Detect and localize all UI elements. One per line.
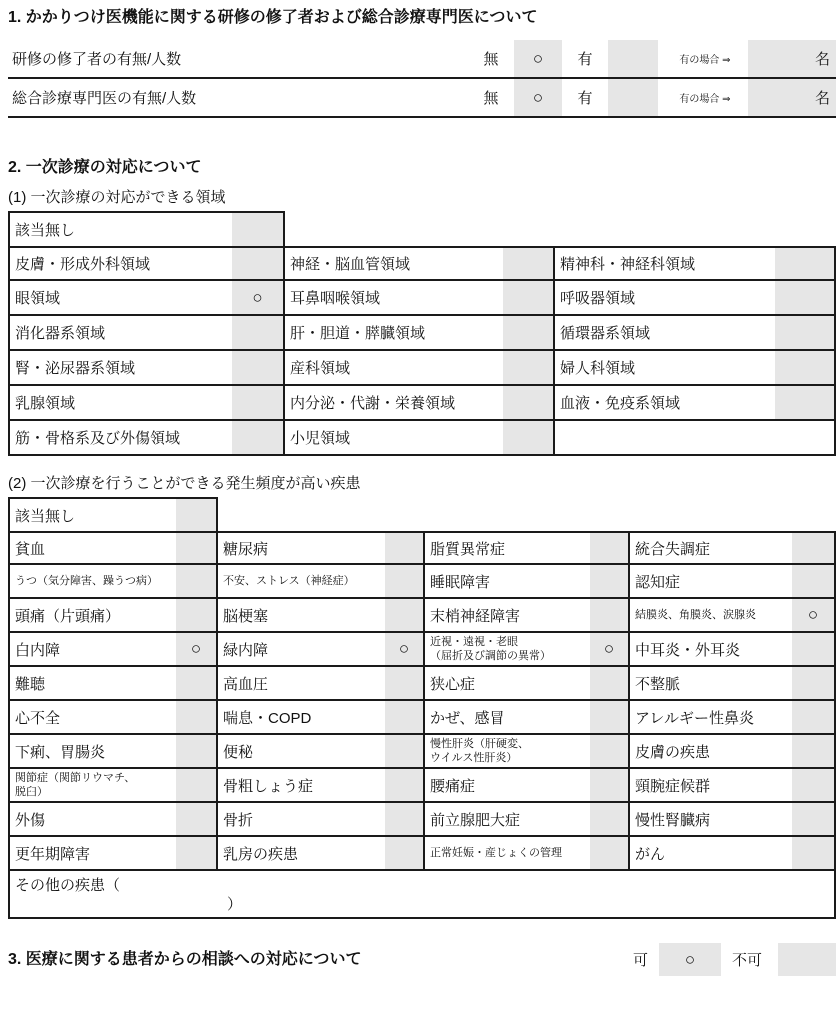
disease-mark-cell[interactable] bbox=[385, 599, 425, 633]
disease-mark-cell[interactable] bbox=[590, 531, 630, 565]
section1-title: 1. かかりつけ医機能に関する研修の修了者および総合診療専門医について bbox=[8, 8, 838, 28]
disease-label: 乳房の疾患 bbox=[218, 837, 385, 871]
ok-mark-cell[interactable]: ○ bbox=[659, 943, 721, 976]
area-mark-cell[interactable] bbox=[232, 421, 285, 456]
disease-mark-cell[interactable] bbox=[176, 803, 218, 837]
disease-label: かぜ、感冒 bbox=[425, 701, 590, 735]
disease-label: 不整脈 bbox=[630, 667, 792, 701]
area-label: 血液・免疫系領域 bbox=[555, 386, 775, 421]
section3-title: 3. 医療に関する患者からの相談への対応について bbox=[8, 950, 622, 970]
yes-mark-cell[interactable] bbox=[608, 40, 658, 77]
table-row-none: 該当無し bbox=[8, 497, 836, 531]
disease-label: 慢性肝炎（肝硬変、 ウイルス性肝炎） bbox=[425, 735, 590, 769]
disease-label: 白内障 bbox=[8, 633, 176, 667]
disease-mark-cell[interactable] bbox=[792, 803, 836, 837]
area-label: 小児領域 bbox=[285, 421, 503, 456]
disease-label: 骨粗しょう症 bbox=[218, 769, 385, 803]
disease-label: 高血圧 bbox=[218, 667, 385, 701]
section2a-title: (1) 一次診療の対応ができる領域 bbox=[8, 188, 838, 207]
row-label: 研修の修了者の有無/人数 bbox=[8, 40, 468, 77]
disease-mark-cell[interactable] bbox=[792, 565, 836, 599]
yes-mark-cell[interactable] bbox=[608, 79, 658, 116]
area-mark-cell[interactable] bbox=[503, 351, 555, 386]
area-label: 眼領域 bbox=[8, 281, 232, 316]
none-mark-cell[interactable] bbox=[176, 497, 218, 531]
form-page: 1. かかりつけ医機能に関する研修の修了者および総合診療専門医について 研修の修… bbox=[0, 0, 838, 976]
table-row: 乳腺領域 内分泌・代謝・栄養領域 血液・免疫系領域 bbox=[8, 386, 836, 421]
area-label: 腎・泌尿器系領域 bbox=[8, 351, 232, 386]
table-row: 更年期障害 乳房の疾患 正常妊娠・産じょくの管理 がん bbox=[8, 837, 836, 871]
disease-label: 結膜炎、角膜炎、涙腺炎 bbox=[630, 599, 792, 633]
area-mark-cell[interactable] bbox=[503, 386, 555, 421]
area-label: 肝・胆道・膵臓領域 bbox=[285, 316, 503, 351]
disease-mark-cell[interactable] bbox=[590, 565, 630, 599]
table-row-none: 該当無し bbox=[8, 211, 836, 246]
disease-label: アレルギー性鼻炎 bbox=[630, 701, 792, 735]
disease-label: がん bbox=[630, 837, 792, 871]
unit-label: 名 bbox=[815, 87, 830, 108]
ng-mark-cell[interactable] bbox=[778, 943, 836, 976]
disease-mark-cell[interactable] bbox=[385, 531, 425, 565]
case-note: 有の場合 ⇒ bbox=[672, 40, 738, 77]
count-input-cell[interactable]: 名 bbox=[748, 40, 836, 77]
disease-label: 前立腺肥大症 bbox=[425, 803, 590, 837]
disease-mark-cell[interactable]: ○ bbox=[385, 633, 425, 667]
spacer bbox=[658, 79, 672, 116]
disease-label: 更年期障害 bbox=[8, 837, 176, 871]
empty-area bbox=[285, 211, 836, 246]
row-label: 総合診療専門医の有無/人数 bbox=[8, 79, 468, 116]
no-mark-cell[interactable]: ○ bbox=[514, 79, 562, 116]
table-row: 総合診療専門医の有無/人数 無 ○ 有 有の場合 ⇒ 名 bbox=[8, 79, 836, 118]
empty-cell bbox=[555, 421, 836, 456]
area-mark-cell[interactable] bbox=[232, 386, 285, 421]
disease-mark-cell[interactable] bbox=[590, 667, 630, 701]
disease-label: 難聴 bbox=[8, 667, 176, 701]
disease-mark-cell[interactable] bbox=[792, 667, 836, 701]
area-mark-cell[interactable] bbox=[503, 316, 555, 351]
table-row: 下痢、胃腸炎 便秘 慢性肝炎（肝硬変、 ウイルス性肝炎） 皮膚の疾患 bbox=[8, 735, 836, 769]
spacer bbox=[658, 40, 672, 77]
disease-mark-cell[interactable] bbox=[176, 769, 218, 803]
spacer bbox=[738, 40, 748, 77]
disease-label: 下痢、胃腸炎 bbox=[8, 735, 176, 769]
disease-label: 慢性腎臓病 bbox=[630, 803, 792, 837]
area-mark-cell[interactable] bbox=[232, 351, 285, 386]
area-mark-cell[interactable] bbox=[775, 246, 836, 281]
area-label: 消化器系領域 bbox=[8, 316, 232, 351]
table-row: 腎・泌尿器系領域 産科領域 婦人科領域 bbox=[8, 351, 836, 386]
disease-mark-cell[interactable] bbox=[176, 565, 218, 599]
other-disease-close-paren: ） bbox=[15, 895, 830, 915]
disease-label: 糖尿病 bbox=[218, 531, 385, 565]
disease-mark-cell[interactable] bbox=[176, 531, 218, 565]
area-mark-cell[interactable] bbox=[503, 421, 555, 456]
disease-label: 末梢神経障害 bbox=[425, 599, 590, 633]
disease-mark-cell[interactable] bbox=[590, 769, 630, 803]
disease-mark-cell[interactable] bbox=[176, 667, 218, 701]
none-label: 該当無し bbox=[8, 497, 176, 531]
disease-label: 関節症（関節リウマチ、 脱臼） bbox=[8, 769, 176, 803]
area-mark-cell[interactable] bbox=[775, 386, 836, 421]
disease-label: 緑内障 bbox=[218, 633, 385, 667]
disease-mark-cell[interactable] bbox=[590, 701, 630, 735]
disease-label: 皮膚の疾患 bbox=[630, 735, 792, 769]
disease-label: 近視・遠視・老眼 （屈折及び調節の異常） bbox=[425, 633, 590, 667]
area-mark-cell[interactable] bbox=[775, 316, 836, 351]
other-disease-label: その他の疾患（ bbox=[15, 877, 120, 894]
area-label: 耳鼻咽喉領域 bbox=[285, 281, 503, 316]
section2b-title: (2) 一次診療を行うことができる発生頻度が高い疾患 bbox=[8, 474, 838, 493]
disease-mark-cell[interactable]: ○ bbox=[590, 633, 630, 667]
spacer bbox=[738, 79, 748, 116]
none-mark-cell[interactable] bbox=[232, 211, 285, 246]
area-mark-cell[interactable] bbox=[232, 316, 285, 351]
disease-mark-cell[interactable] bbox=[590, 803, 630, 837]
other-disease-row: その他の疾患（ ） bbox=[8, 871, 836, 919]
disease-mark-cell[interactable] bbox=[385, 565, 425, 599]
disease-label: 腰痛症 bbox=[425, 769, 590, 803]
no-mark-cell[interactable]: ○ bbox=[514, 40, 562, 77]
empty-area bbox=[218, 497, 836, 531]
area-mark-cell[interactable] bbox=[775, 281, 836, 316]
unit-label: 名 bbox=[815, 48, 830, 69]
disease-label: 中耳炎・外耳炎 bbox=[630, 633, 792, 667]
option-yes-label: 有 bbox=[562, 40, 608, 77]
disease-mark-cell[interactable] bbox=[590, 599, 630, 633]
table-row: 白内障 ○ 緑内障 ○ 近視・遠視・老眼 （屈折及び調節の異常） ○ 中耳炎・外… bbox=[8, 633, 836, 667]
disease-mark-cell[interactable] bbox=[590, 837, 630, 871]
area-label: 呼吸器領域 bbox=[555, 281, 775, 316]
area-label: 内分泌・代謝・栄養領域 bbox=[285, 386, 503, 421]
disease-mark-cell[interactable] bbox=[385, 667, 425, 701]
disease-mark-cell[interactable]: ○ bbox=[176, 633, 218, 667]
disease-mark-cell[interactable] bbox=[176, 735, 218, 769]
primary-care-areas-table: 該当無し 皮膚・形成外科領域 神経・脳血管領域 精神科・神経科領域 眼領域 ○ … bbox=[8, 211, 836, 456]
option-yes-label: 有 bbox=[562, 79, 608, 116]
table-row: 貧血 糖尿病 脂質異常症 統合失調症 bbox=[8, 531, 836, 565]
disease-mark-cell[interactable] bbox=[385, 735, 425, 769]
none-label: 該当無し bbox=[8, 211, 232, 246]
disease-mark-cell[interactable] bbox=[385, 769, 425, 803]
table-row: 消化器系領域 肝・胆道・膵臓領域 循環器系領域 bbox=[8, 316, 836, 351]
disease-label: 脂質異常症 bbox=[425, 531, 590, 565]
area-label: 神経・脳血管領域 bbox=[285, 246, 503, 281]
disease-mark-cell[interactable]: ○ bbox=[792, 599, 836, 633]
area-label: 皮膚・形成外科領域 bbox=[8, 246, 232, 281]
table-row: 外傷 骨折 前立腺肥大症 慢性腎臓病 bbox=[8, 803, 836, 837]
section3-row: 3. 医療に関する患者からの相談への対応について 可 ○ 不可 bbox=[8, 943, 836, 976]
table-row: うつ（気分障害、躁うつ病） 不安、ストレス（神経症） 睡眠障害 認知症 bbox=[8, 565, 836, 599]
disease-mark-cell[interactable] bbox=[792, 701, 836, 735]
disease-mark-cell[interactable] bbox=[792, 837, 836, 871]
area-label: 筋・骨格系及び外傷領域 bbox=[8, 421, 232, 456]
disease-mark-cell[interactable] bbox=[792, 633, 836, 667]
disease-mark-cell[interactable] bbox=[590, 735, 630, 769]
area-mark-cell[interactable] bbox=[775, 351, 836, 386]
table-row: 眼領域 ○ 耳鼻咽喉領域 呼吸器領域 bbox=[8, 281, 836, 316]
disease-mark-cell[interactable] bbox=[792, 735, 836, 769]
disease-mark-cell[interactable] bbox=[176, 837, 218, 871]
disease-mark-cell[interactable] bbox=[176, 701, 218, 735]
table-row: 皮膚・形成外科領域 神経・脳血管領域 精神科・神経科領域 bbox=[8, 246, 836, 281]
table-row: 頭痛（片頭痛） 脳梗塞 末梢神経障害 結膜炎、角膜炎、涙腺炎 ○ bbox=[8, 599, 836, 633]
area-label: 循環器系領域 bbox=[555, 316, 775, 351]
disease-mark-cell[interactable] bbox=[792, 769, 836, 803]
ng-label: 不可 bbox=[732, 949, 762, 970]
frequent-diseases-table: 該当無し 貧血 糖尿病 脂質異常症 統合失調症 うつ（気分障害、躁うつ病） 不安… bbox=[8, 497, 836, 919]
option-no-label: 無 bbox=[468, 79, 514, 116]
disease-label: 骨折 bbox=[218, 803, 385, 837]
disease-label: 喘息・COPD bbox=[218, 701, 385, 735]
count-input-cell[interactable]: 名 bbox=[748, 79, 836, 116]
disease-label: 頭痛（片頭痛） bbox=[8, 599, 176, 633]
table-row: 難聴 高血圧 狭心症 不整脈 bbox=[8, 667, 836, 701]
area-mark-cell[interactable] bbox=[232, 246, 285, 281]
disease-label: 統合失調症 bbox=[630, 531, 792, 565]
disease-label: 心不全 bbox=[8, 701, 176, 735]
disease-label: 貧血 bbox=[8, 531, 176, 565]
case-note: 有の場合 ⇒ bbox=[672, 79, 738, 116]
section2-title: 2. 一次診療の対応について bbox=[8, 158, 838, 178]
area-label: 乳腺領域 bbox=[8, 386, 232, 421]
disease-mark-cell[interactable] bbox=[385, 837, 425, 871]
disease-label: うつ（気分障害、躁うつ病） bbox=[8, 565, 176, 599]
table-row: 関節症（関節リウマチ、 脱臼） 骨粗しょう症 腰痛症 頸腕症候群 bbox=[8, 769, 836, 803]
disease-mark-cell[interactable] bbox=[792, 531, 836, 565]
table-row: 心不全 喘息・COPD かぜ、感冒 アレルギー性鼻炎 bbox=[8, 701, 836, 735]
disease-label: 外傷 bbox=[8, 803, 176, 837]
area-mark-cell[interactable]: ○ bbox=[232, 281, 285, 316]
area-mark-cell[interactable] bbox=[503, 246, 555, 281]
disease-label: 正常妊娠・産じょくの管理 bbox=[425, 837, 590, 871]
table-row: 研修の修了者の有無/人数 無 ○ 有 有の場合 ⇒ 名 bbox=[8, 40, 836, 79]
disease-label: 不安、ストレス（神経症） bbox=[218, 565, 385, 599]
disease-mark-cell[interactable] bbox=[176, 599, 218, 633]
disease-label: 便秘 bbox=[218, 735, 385, 769]
area-label: 婦人科領域 bbox=[555, 351, 775, 386]
disease-label: 睡眠障害 bbox=[425, 565, 590, 599]
disease-label: 脳梗塞 bbox=[218, 599, 385, 633]
ok-label: 可 bbox=[633, 949, 648, 970]
disease-label: 狭心症 bbox=[425, 667, 590, 701]
disease-label: 頸腕症候群 bbox=[630, 769, 792, 803]
area-mark-cell[interactable] bbox=[503, 281, 555, 316]
table-row: 筋・骨格系及び外傷領域 小児領域 bbox=[8, 421, 836, 456]
disease-mark-cell[interactable] bbox=[385, 803, 425, 837]
section1-table: 研修の修了者の有無/人数 無 ○ 有 有の場合 ⇒ 名 総合診療専門医の有無/人… bbox=[8, 40, 836, 118]
disease-mark-cell[interactable] bbox=[385, 701, 425, 735]
area-label: 精神科・神経科領域 bbox=[555, 246, 775, 281]
area-label: 産科領域 bbox=[285, 351, 503, 386]
option-no-label: 無 bbox=[468, 40, 514, 77]
disease-label: 認知症 bbox=[630, 565, 792, 599]
